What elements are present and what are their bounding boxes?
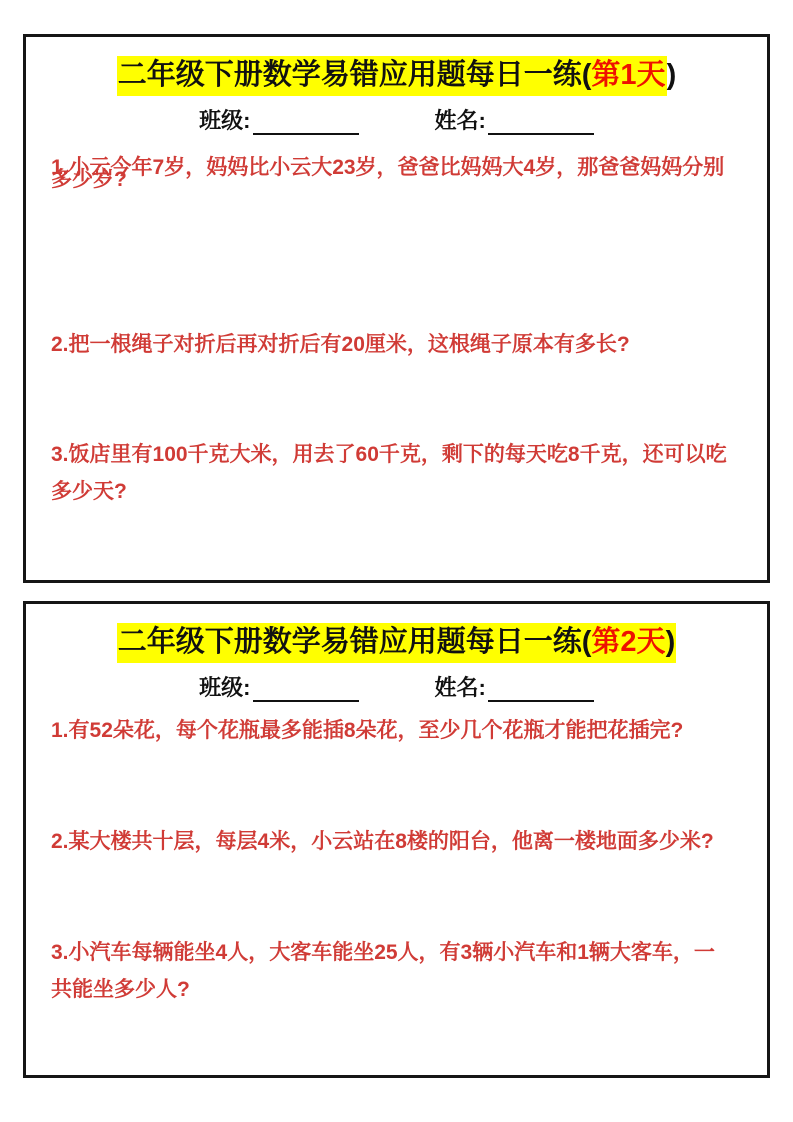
class-label: 班级:	[199, 671, 250, 702]
title-highlight: 二年级下册数学易错应用题每日一练(第1天	[117, 56, 667, 96]
worksheet-page: 二年级下册数学易错应用题每日一练(第1天) 班级: 姓名: 1.小云今年7岁，妈…	[0, 0, 793, 1122]
worksheet-panel-day2: 二年级下册数学易错应用题每日一练(第2天) 班级: 姓名: 1.有52朵花，每个…	[23, 601, 770, 1078]
panel-title: 二年级下册数学易错应用题每日一练(第2天)	[26, 619, 767, 660]
name-blank-line	[488, 676, 594, 702]
name-field: 姓名:	[435, 671, 594, 702]
name-label: 姓名:	[435, 104, 486, 135]
problem-2-line1: 2.某大楼共十层，每层4米，小云站在8楼的阳台，他离一楼地面多少米?	[51, 830, 714, 853]
name-field: 姓名:	[435, 104, 594, 135]
panel-title: 二年级下册数学易错应用题每日一练(第1天)	[26, 52, 767, 93]
title-highlight: 二年级下册数学易错应用题每日一练(第2天)	[117, 623, 676, 663]
problem-3-line2: 共能坐多少人?	[51, 971, 753, 1008]
problem-3-line1: 3.饭店里有100千克大米，用去了60千克，剩下的每天吃8千克，还可以吃	[51, 443, 727, 466]
problem-1-line1: 1.小云今年7岁，妈妈比小云大23岁，爸爸比妈妈大4岁，那爸爸妈妈分别	[51, 156, 724, 179]
problem-3: 3.小汽车每辆能坐4人，大客车能坐25人，有3辆小汽车和1辆大客车，一共能坐多少…	[51, 934, 753, 1008]
class-blank-line	[253, 109, 359, 135]
title-text: 二年级下册数学易错应用题每日一练(	[118, 626, 592, 658]
problem-2: 2.把一根绳子对折后再对折后有20厘米，这根绳子原本有多长?	[51, 326, 753, 363]
problem-1: 1.小云今年7岁，妈妈比小云大23岁，爸爸比妈妈大4岁，那爸爸妈妈分别多少岁?	[51, 149, 753, 198]
problem-2: 2.某大楼共十层，每层4米，小云站在8楼的阳台，他离一楼地面多少米?	[51, 823, 753, 860]
problem-1: 1.有52朵花，每个花瓶最多能插8朵花，至少几个花瓶才能把花插完?	[51, 712, 753, 749]
class-name-row: 班级: 姓名:	[26, 104, 767, 135]
problem-3-line1: 3.小汽车每辆能坐4人，大客车能坐25人，有3辆小汽车和1辆大客车，一	[51, 941, 715, 964]
title-suffix: )	[667, 59, 677, 91]
problem-2-line1: 2.把一根绳子对折后再对折后有20厘米，这根绳子原本有多长?	[51, 333, 630, 356]
class-label: 班级:	[199, 104, 250, 135]
day-badge: 第1天	[591, 59, 665, 91]
worksheet-panel-day1: 二年级下册数学易错应用题每日一练(第1天) 班级: 姓名: 1.小云今年7岁，妈…	[23, 34, 770, 583]
problem-3-line2: 多少天?	[51, 473, 753, 510]
problem-3: 3.饭店里有100千克大米，用去了60千克，剩下的每天吃8千克，还可以吃多少天?	[51, 436, 753, 510]
class-blank-line	[253, 676, 359, 702]
class-field: 班级:	[199, 671, 358, 702]
title-suffix: )	[666, 626, 676, 658]
problem-1-line1: 1.有52朵花，每个花瓶最多能插8朵花，至少几个花瓶才能把花插完?	[51, 719, 683, 742]
day-badge: 第2天	[591, 626, 665, 658]
title-text: 二年级下册数学易错应用题每日一练(	[118, 59, 592, 91]
class-field: 班级:	[199, 104, 358, 135]
name-label: 姓名:	[435, 671, 486, 702]
class-name-row: 班级: 姓名:	[26, 671, 767, 702]
name-blank-line	[488, 109, 594, 135]
